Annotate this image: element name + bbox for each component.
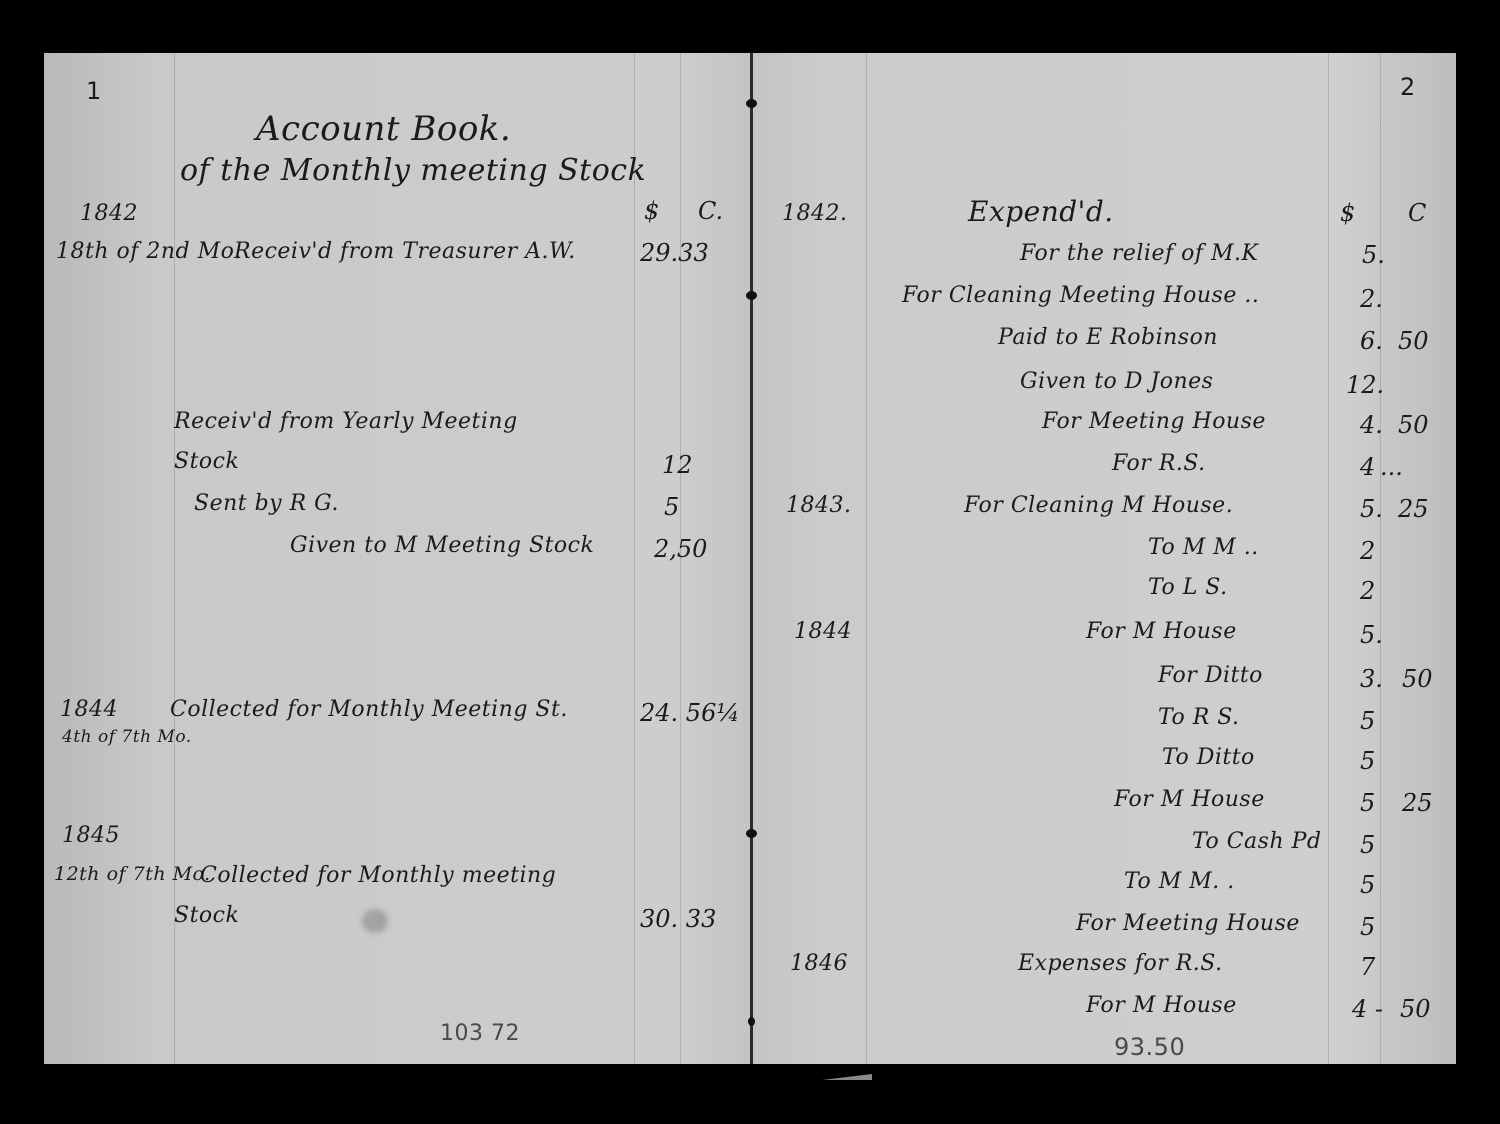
entry-description: Stock <box>174 903 239 928</box>
expended-heading: Expend'd. <box>968 195 1114 228</box>
entry-dollars: 5 <box>1360 789 1375 817</box>
entry-dollars: 3. <box>1360 665 1383 693</box>
entry-description: To L S. <box>1148 575 1228 600</box>
entry-date: 4th of 7th Mo. <box>62 727 192 747</box>
entry-dollars: 4 - <box>1352 995 1383 1023</box>
entry-description: For Cleaning Meeting House .. <box>902 283 1259 308</box>
entry-year: 1844 <box>60 697 118 722</box>
entry-dollars: 2 <box>1360 577 1375 605</box>
ink-stain <box>362 909 388 933</box>
entry-dollars: 6. <box>1360 327 1383 355</box>
entry-cents: 50 <box>1398 327 1429 355</box>
entry-dollars: 5 <box>1360 871 1375 899</box>
entry-description: To M M. . <box>1124 869 1235 894</box>
entry-description: To Ditto <box>1162 745 1255 770</box>
entry-cents: 50 <box>1398 411 1429 439</box>
entry-dollars: 2. <box>1360 285 1383 313</box>
entry-date: 18th of 2nd Mo. <box>56 239 242 264</box>
dollar-column-rule <box>634 53 635 1064</box>
entry-description: For Cleaning M House. <box>964 493 1233 518</box>
pencil-total: 103 72 <box>440 1021 520 1046</box>
entry-description: Given to D Jones <box>1020 369 1213 394</box>
entry-dollars: 4 <box>1360 453 1375 481</box>
entry-amount: 24. 56¼ <box>640 699 740 727</box>
entry-amount: 12 <box>662 451 693 479</box>
entry-description: For the relief of M.K <box>1020 241 1258 266</box>
entry-description: Given to M Meeting Stock <box>290 533 594 558</box>
entry-dollars: 5. <box>1362 241 1385 269</box>
entry-cents: ... <box>1380 453 1403 481</box>
entry-description: Stock <box>174 449 239 474</box>
left-page: 1 Account Book. of the Monthly meeting S… <box>44 53 752 1064</box>
entry-dollars: 2 <box>1360 537 1375 565</box>
entry-dollars: 5 <box>1360 707 1375 735</box>
entry-cents: 25 <box>1402 789 1433 817</box>
entry-description: For Ditto <box>1158 663 1263 688</box>
entry-amount: 2,50 <box>654 535 707 563</box>
entry-cents: 50 <box>1402 665 1433 693</box>
entry-year: 1842. <box>782 201 847 226</box>
entry-description: For M House <box>1086 619 1237 644</box>
entry-description: For R.S. <box>1112 451 1206 476</box>
entry-year: 1845 <box>62 823 120 848</box>
entry-year: 1844 <box>794 619 852 644</box>
ledger-spread: 1 Account Book. of the Monthly meeting S… <box>44 53 1456 1064</box>
cents-column-header: C <box>1408 199 1426 227</box>
entry-cents: 25 <box>1398 495 1429 523</box>
pencil-total: 93.50 <box>1114 1033 1185 1061</box>
right-page: 2 1842. Expend'd. $ C For the relief of … <box>752 53 1456 1064</box>
entry-dollars: 5 <box>1360 747 1375 775</box>
entry-dollars: 7 <box>1360 953 1375 981</box>
dollar-column-rule <box>1328 53 1329 1064</box>
entry-description: Collected for Monthly Meeting St. <box>170 697 568 722</box>
page-number: 2 <box>1400 73 1416 101</box>
entry-year: 1842 <box>80 201 138 226</box>
entry-amount: 5 <box>664 493 679 521</box>
page-number: 1 <box>86 77 102 105</box>
entry-description: Receiv'd from Treasurer A.W. <box>234 239 576 264</box>
entry-dollars: 12. <box>1346 371 1384 399</box>
entry-dollars: 5 <box>1360 831 1375 859</box>
entry-description: To M M .. <box>1148 535 1259 560</box>
dollar-column-header: $ <box>1340 199 1355 227</box>
entry-description: For M House <box>1114 787 1265 812</box>
entry-year: 1843. <box>786 493 851 518</box>
page-edge-sliver <box>822 1074 872 1080</box>
entry-dollars: 5. <box>1360 621 1383 649</box>
entry-dollars: 5 <box>1360 913 1375 941</box>
entry-description: For M House <box>1086 993 1237 1018</box>
entry-dollars: 5. <box>1360 495 1383 523</box>
ledger-subtitle: of the Monthly meeting Stock <box>180 153 646 188</box>
cents-column-header: C. <box>698 197 723 225</box>
entry-description: Paid to E Robinson <box>998 325 1218 350</box>
ledger-title: Account Book. <box>256 109 511 149</box>
margin-rule <box>866 53 867 1064</box>
entry-description: Collected for Monthly meeting <box>200 863 556 888</box>
entry-description: To Cash Pd <box>1192 829 1322 854</box>
entry-description: Expenses for R.S. <box>1018 951 1223 976</box>
entry-description: For Meeting House <box>1076 911 1300 936</box>
entry-description: For Meeting House <box>1042 409 1266 434</box>
dollar-column-header: $ <box>644 197 659 225</box>
entry-description: Sent by R G. <box>194 491 339 516</box>
entry-amount: 30. 33 <box>640 905 716 933</box>
entry-year: 1846 <box>790 951 848 976</box>
entry-cents: 50 <box>1400 995 1431 1023</box>
entry-description: To R S. <box>1158 705 1240 730</box>
entry-description: Receiv'd from Yearly Meeting <box>174 409 518 434</box>
entry-amount: 29.33 <box>640 239 709 267</box>
cents-column-rule <box>1380 53 1381 1064</box>
entry-date: 12th of 7th Mo. <box>54 863 211 885</box>
entry-dollars: 4. <box>1360 411 1383 439</box>
